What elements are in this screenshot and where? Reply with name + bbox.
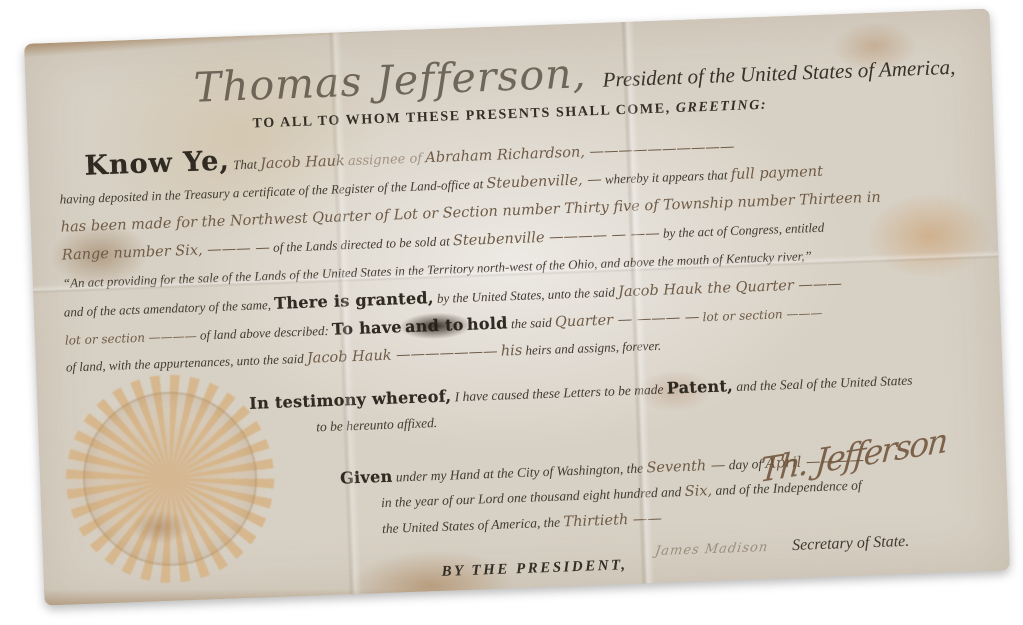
- there-is-granted-blackletter: There is granted,: [274, 288, 434, 313]
- lot-section-hand-left: lot or section ————: [65, 329, 197, 348]
- document-photo: Thomas Jefferson, President of the Unite…: [0, 0, 1023, 625]
- quarter-hand: Quarter — ——— —: [555, 309, 700, 330]
- president-title: President of the United States of Americ…: [602, 55, 956, 93]
- assignee-of-hand: assignee of: [348, 151, 423, 169]
- seal-ink-smudge: [130, 509, 189, 545]
- letters-made-clause: I have caused these Letters to be made: [454, 382, 663, 405]
- america-clause: the United States of America, the: [382, 515, 561, 537]
- act-congress-clause: by the act of Congress, entitled: [663, 220, 825, 241]
- sold-at-place: Steubenville ———— — ——: [453, 226, 660, 250]
- grant-body: Know Ye, That Jacob Hauk assignee of Abr…: [58, 116, 980, 381]
- hereunto-affixed-clause: to be hereunto affixed.: [316, 415, 437, 434]
- heirs-assigns-clause: heirs and assigns, forever.: [525, 338, 661, 358]
- to-have-blackletter: To have: [332, 317, 403, 339]
- seal-united-states-clause: and the Seal of the United States: [736, 373, 913, 394]
- full-payment-hand: full payment: [730, 164, 823, 183]
- greeting-text: GREETING:: [676, 98, 768, 116]
- amendatory-clause: and of the acts amendatory of the same,: [64, 297, 272, 320]
- land-described-clause: of land above described:: [200, 323, 329, 343]
- know-ye-blackletter: Know Ye,: [84, 145, 230, 181]
- day-hand: Seventh —: [646, 457, 725, 476]
- range-number-hand: Range number Six, ——— —: [62, 240, 271, 264]
- seal-inner-disc: [80, 389, 260, 569]
- grantee-repeat-hand: Jacob Hauk ———————: [307, 344, 498, 367]
- year-hand: Six,: [684, 483, 712, 500]
- unto-said-clause: by the United States, unto the said: [437, 284, 615, 306]
- the-said-clause: the said: [511, 315, 552, 331]
- lands-sold-clause: of the Lands directed to be sold at: [273, 233, 450, 254]
- appears-clause: whereby it appears that: [605, 167, 728, 186]
- land-patent-parchment: Thomas Jefferson, President of the Unite…: [24, 8, 1010, 605]
- grantee-quarter-hand: Jacob Hauk the Quarter ———: [618, 276, 842, 300]
- patent-blackletter: Patent,: [666, 376, 733, 397]
- given-blackletter: Given: [340, 467, 393, 488]
- day-of-clause: day of: [728, 456, 762, 472]
- independence-year-hand: Thirtieth ——: [563, 511, 662, 531]
- that-word: That: [233, 156, 257, 172]
- hold-blackletter: hold: [467, 313, 508, 333]
- madison-signature: James Madison: [654, 540, 769, 559]
- in-testimony-blackletter: In testimony whereof,: [249, 386, 452, 412]
- his-hand: his: [501, 343, 523, 360]
- appurtenances-clause: of land, with the appurtenances, unto th…: [66, 351, 304, 375]
- jefferson-name-script: Thomas Jefferson,: [193, 49, 587, 111]
- grantee-name: Jacob Hauk: [260, 153, 345, 172]
- land-office-place: Steubenville, —: [486, 172, 602, 192]
- and-to-smudged-blackletter: and to: [405, 311, 465, 341]
- lot-section-hand-right: lot or section ———: [702, 306, 822, 324]
- embossed-sunburst-seal: [62, 371, 277, 586]
